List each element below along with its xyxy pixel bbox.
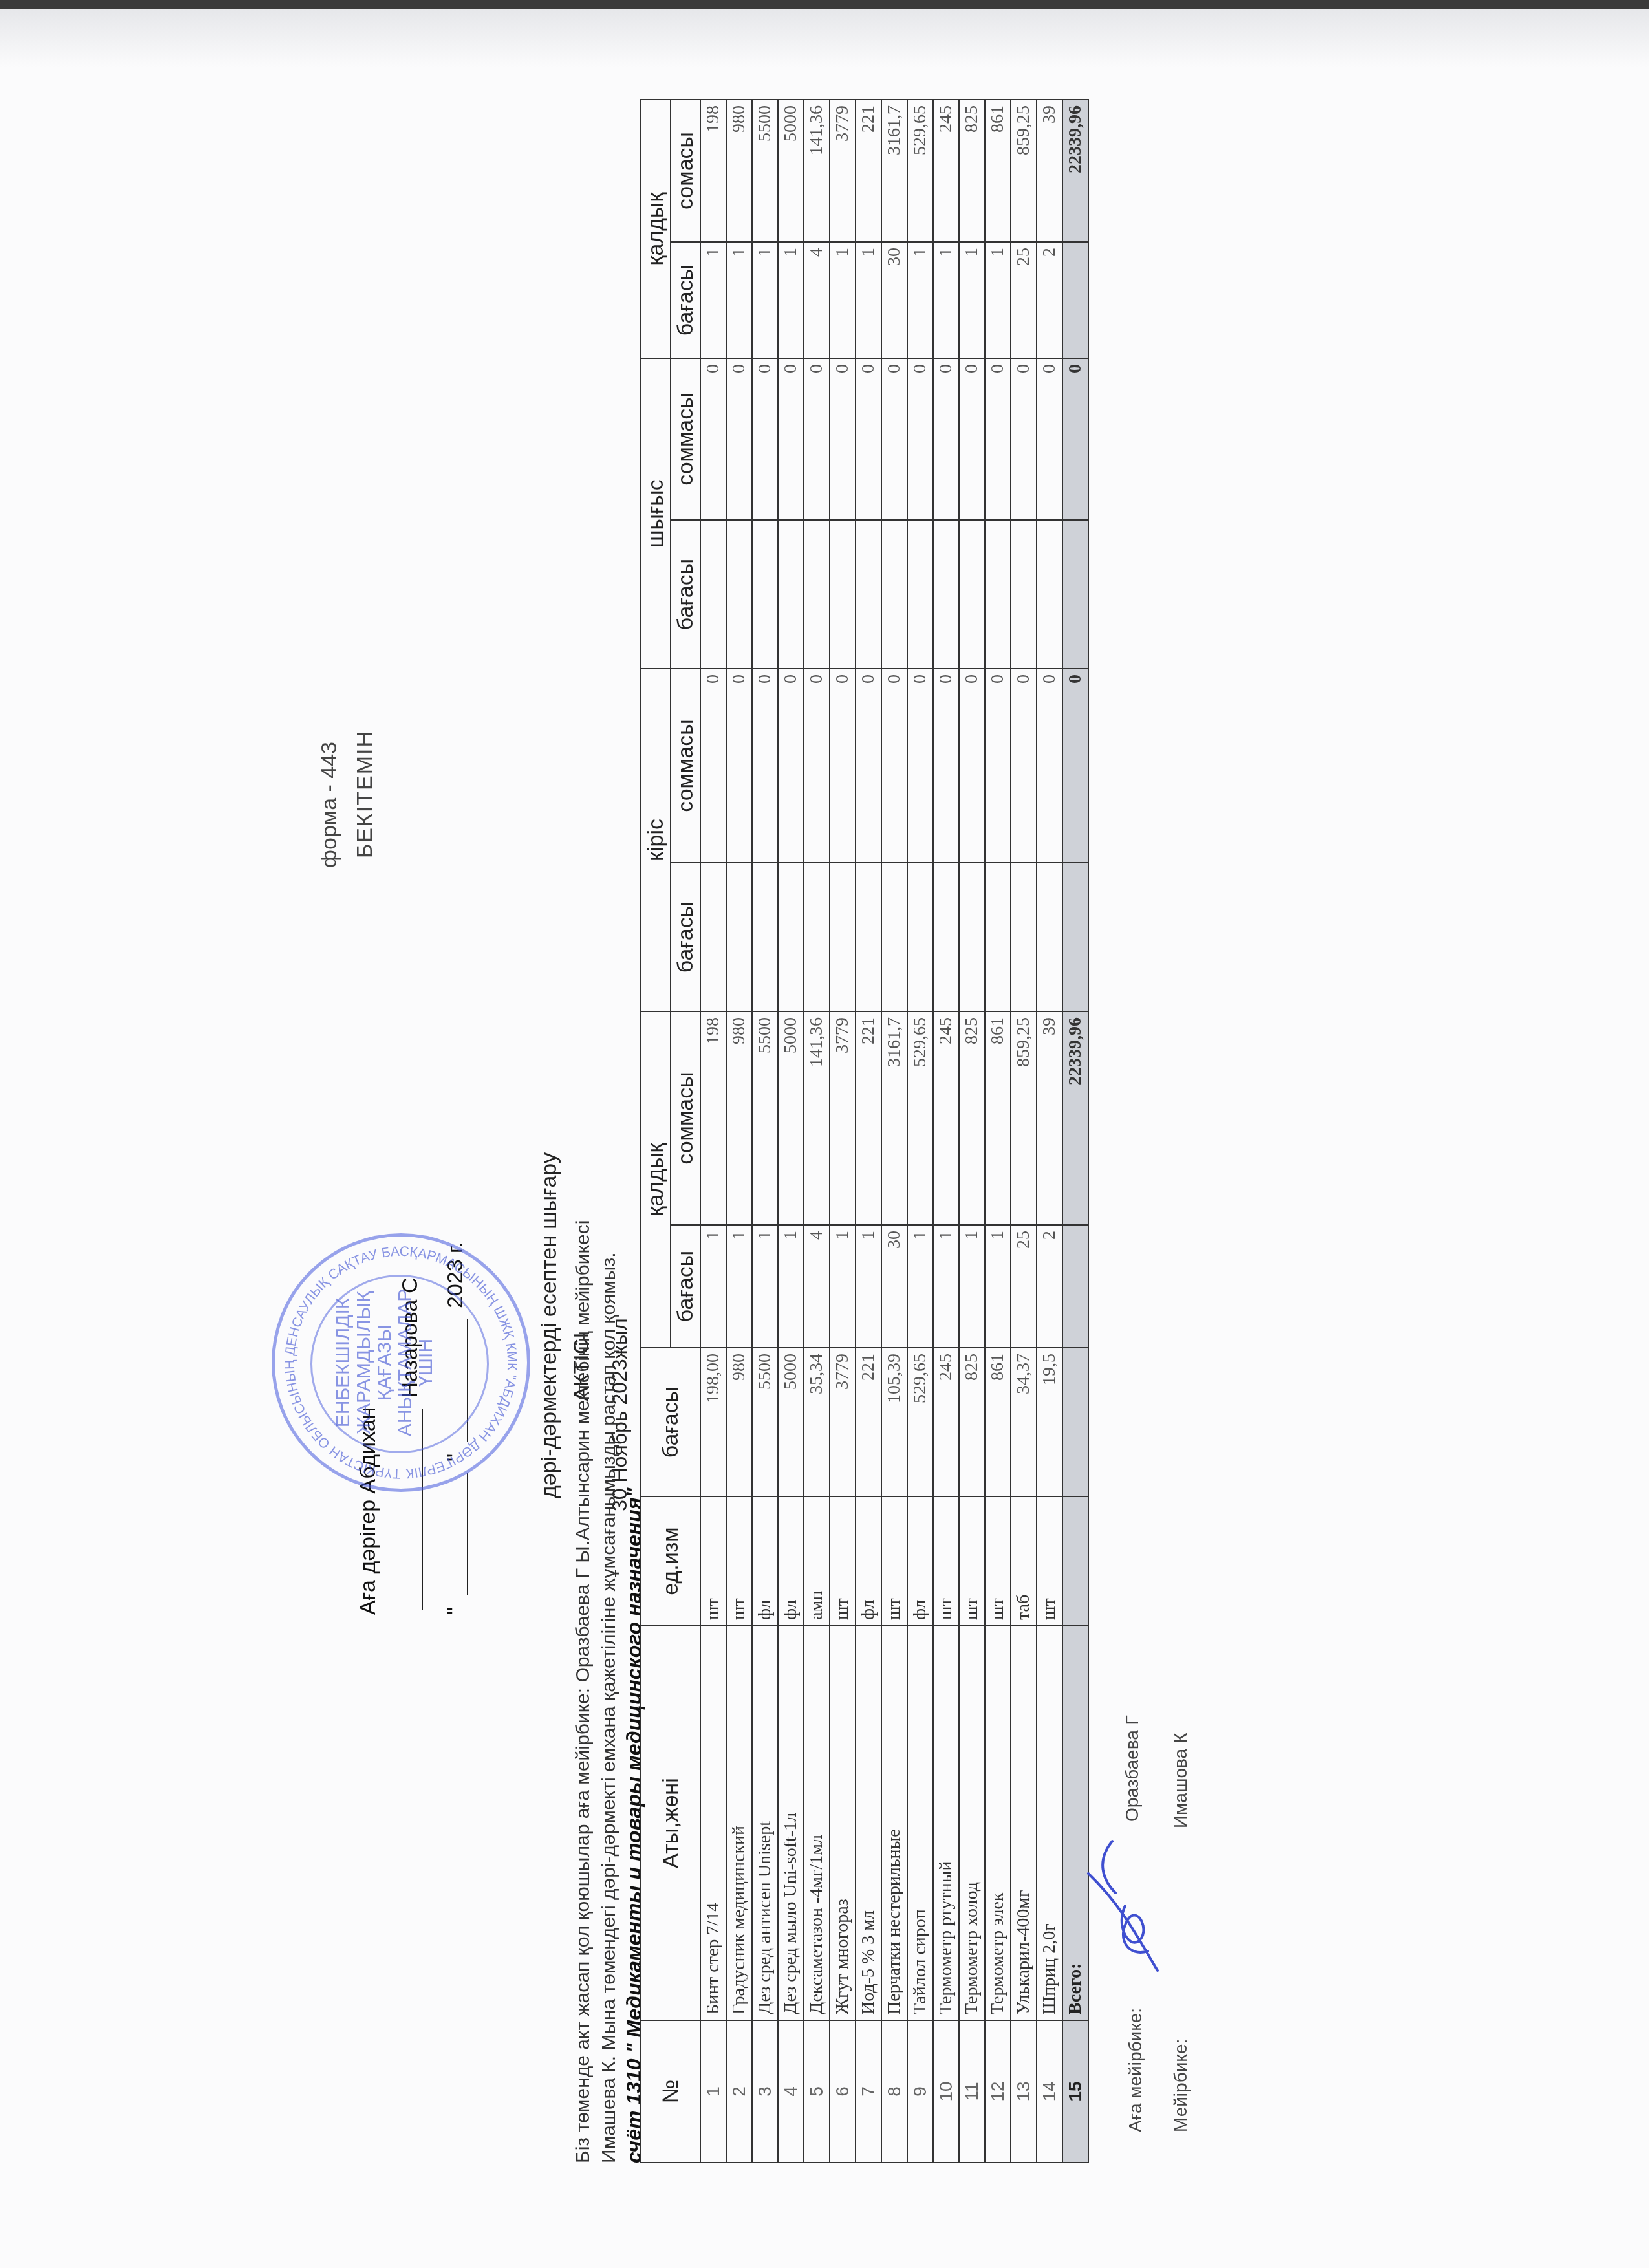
write-off-table: № Аты,жөні ед.изм бағасы қалдық кіріс шы… — [640, 99, 1089, 2163]
cell-in-qty — [778, 863, 804, 1011]
col-group-closing: қалдық — [641, 100, 671, 358]
col-income-qty: бағасы — [671, 863, 700, 1011]
total-open-sum: 22339,96 — [1062, 1011, 1088, 1225]
cell-close-qty: 1 — [726, 242, 752, 358]
cell-no: 1 — [700, 2020, 726, 2163]
total-empty-cell — [1062, 520, 1088, 669]
cell-unit: фл — [856, 1496, 881, 1626]
cell-out-qty — [856, 520, 881, 669]
table-row: 11Термометр холодшт8251825001825 — [959, 100, 985, 2163]
cell-close-qty: 1 — [752, 242, 778, 358]
approval-position-label: Аға дәрігер — [356, 1500, 380, 1615]
cell-unit: таб — [1011, 1496, 1037, 1626]
cell-out-qty — [726, 520, 752, 669]
cell-out-sum: 0 — [959, 358, 985, 520]
cell-open-qty: 1 — [830, 1225, 856, 1348]
cell-open-qty: 4 — [804, 1225, 830, 1348]
cell-in-sum: 0 — [726, 669, 752, 863]
col-closing-qty: бағасы — [671, 242, 700, 358]
cell-open-sum: 3779 — [830, 1011, 856, 1225]
cell-out-qty — [907, 520, 933, 669]
cell-open-qty: 1 — [778, 1225, 804, 1348]
cell-price: 34,37 — [1011, 1348, 1037, 1496]
stamp-center-line: ЖАРАМДЫЛЫҚ — [354, 1237, 374, 1489]
col-income-sum: соммасы — [671, 669, 700, 863]
cell-in-sum: 0 — [700, 669, 726, 863]
cell-in-qty — [830, 863, 856, 1011]
cell-out-sum: 0 — [1011, 358, 1037, 520]
cell-out-qty — [804, 520, 830, 669]
intro-line-1: Біз төменде акт жасап қол қоюшылар аға м… — [572, 1220, 594, 2163]
cell-open-qty: 2 — [1037, 1225, 1062, 1348]
cell-open-qty: 1 — [856, 1225, 881, 1348]
cell-open-sum: 141,36 — [804, 1011, 830, 1225]
cell-open-sum: 859,25 — [1011, 1011, 1037, 1225]
cell-in-sum: 0 — [985, 669, 1011, 863]
cell-name: Иод-5 % 3 мл — [856, 1626, 881, 2020]
cell-out-sum: 0 — [778, 358, 804, 520]
cell-out-qty — [1011, 520, 1037, 669]
cell-price: 5500 — [752, 1348, 778, 1496]
table-row: 10Термометр ртутныйшт2451245001245 — [933, 100, 959, 2163]
cell-open-sum: 39 — [1037, 1011, 1062, 1225]
cell-in-qty — [804, 863, 830, 1011]
cell-out-sum: 0 — [881, 358, 907, 520]
stamp-center-line: ҮШІН — [416, 1237, 436, 1489]
total-no: 15 — [1062, 2020, 1088, 2163]
cell-no: 4 — [778, 2020, 804, 2163]
col-group-opening: қалдық — [641, 1011, 671, 1348]
table-row: 3Дез сред антисеп Uniseptфл5500155000015… — [752, 100, 778, 2163]
cell-open-sum: 825 — [959, 1011, 985, 1225]
date-quote-open: " — [443, 1607, 468, 1615]
cell-in-qty — [881, 863, 907, 1011]
cell-in-qty — [726, 863, 752, 1011]
document-page: форма - 443 БЕКІТЕМІН Аға дәрігер Абдиха… — [0, 0, 1649, 2268]
cell-name: Дез сред мыло Uni-soft-1л — [778, 1626, 804, 2020]
cell-unit: шт — [726, 1496, 752, 1626]
cell-no: 12 — [985, 2020, 1011, 2163]
table-row: 4Дез сред мыло Uni-soft-1лфл500015000001… — [778, 100, 804, 2163]
col-group-income: кіріс — [641, 669, 671, 1011]
cell-price: 529,65 — [907, 1348, 933, 1496]
stamp-center-line: ЕНБЕКШІЛДІК — [333, 1237, 354, 1489]
cell-in-sum: 0 — [1011, 669, 1037, 863]
cell-no: 2 — [726, 2020, 752, 2163]
intro-line-2: Имашева К. Мына төмендегі дәрі-дәрмекті … — [598, 1252, 620, 2163]
stamp-center-text: ЕНБЕКШІЛДІКЖАРАМДЫЛЫҚҚАҒАЗЫАНЫҚТАМАЛАРҮШ… — [333, 1237, 436, 1489]
cell-out-qty — [1037, 520, 1062, 669]
cell-name: Термометр холод — [959, 1626, 985, 2020]
cell-close-sum: 198 — [700, 100, 726, 242]
cell-in-qty — [985, 863, 1011, 1011]
cell-out-qty — [933, 520, 959, 669]
senior-nurse-name: Оразбаева Г — [1122, 1715, 1143, 1822]
cell-price: 198,00 — [700, 1348, 726, 1496]
cell-unit: шт — [830, 1496, 856, 1626]
cell-name: Термометр ртутный — [933, 1626, 959, 2020]
cell-open-sum: 221 — [856, 1011, 881, 1225]
cell-close-sum: 39 — [1037, 100, 1062, 242]
cell-name: Улькарил-400мг — [1011, 1626, 1037, 2020]
cell-close-sum: 141,36 — [804, 100, 830, 242]
cell-in-qty — [1037, 863, 1062, 1011]
cell-in-qty — [700, 863, 726, 1011]
table-row: 5Дексаметазон -4мг/1мламп35,344141,36004… — [804, 100, 830, 2163]
cell-out-sum: 0 — [1037, 358, 1062, 520]
cell-open-qty: 1 — [907, 1225, 933, 1348]
cell-no: 10 — [933, 2020, 959, 2163]
cell-close-qty: 1 — [778, 242, 804, 358]
total-empty-cell — [1062, 1496, 1088, 1626]
cell-out-qty — [752, 520, 778, 669]
table-row: 9Тайлол сиропфл529,651529,65001529,65 — [907, 100, 933, 2163]
cell-close-sum: 221 — [856, 100, 881, 242]
cell-close-qty: 2 — [1037, 242, 1062, 358]
cell-name: Дез сред антисеп Unisept — [752, 1626, 778, 2020]
cell-in-qty — [856, 863, 881, 1011]
cell-open-qty: 1 — [752, 1225, 778, 1348]
cell-close-qty: 1 — [907, 242, 933, 358]
cell-in-qty — [933, 863, 959, 1011]
cell-no: 8 — [881, 2020, 907, 2163]
cell-close-sum: 859,25 — [1011, 100, 1037, 242]
cell-out-qty — [959, 520, 985, 669]
stamp-center-line: АНЫҚТАМАЛАР — [395, 1237, 416, 1489]
cell-close-sum: 3161,7 — [881, 100, 907, 242]
cell-price: 245 — [933, 1348, 959, 1496]
cell-in-sum: 0 — [804, 669, 830, 863]
cell-close-qty: 1 — [700, 242, 726, 358]
cell-unit: шт — [700, 1496, 726, 1626]
cell-no: 14 — [1037, 2020, 1062, 2163]
cell-out-qty — [830, 520, 856, 669]
cell-in-sum: 0 — [1037, 669, 1062, 863]
table-row: 13Улькарил-400мгтаб34,3725859,250025859,… — [1011, 100, 1037, 2163]
act-subtitle: дәрі-дәрмектерді есептен шығару — [537, 1152, 562, 1498]
cell-out-sum: 0 — [752, 358, 778, 520]
cell-price: 980 — [726, 1348, 752, 1496]
cell-out-sum: 0 — [856, 358, 881, 520]
approval-title: БЕКІТЕМІН — [352, 730, 378, 858]
nurse-name: Имашова К — [1170, 1733, 1191, 1828]
cell-unit: фл — [752, 1496, 778, 1626]
table-row: 8Перчатки нестерильныешт105,39303161,700… — [881, 100, 907, 2163]
cell-unit: амп — [804, 1496, 830, 1626]
cell-out-qty — [778, 520, 804, 669]
col-opening-sum: соммасы — [671, 1011, 700, 1225]
cell-out-sum: 0 — [830, 358, 856, 520]
cell-in-sum: 0 — [907, 669, 933, 863]
cell-close-qty: 1 — [856, 242, 881, 358]
cell-open-qty: 25 — [1011, 1225, 1037, 1348]
table-row: 1Бинт стер 7/14шт198,001198001198 — [700, 100, 726, 2163]
total-out-sum: 0 — [1062, 358, 1088, 520]
total-empty-cell — [1062, 863, 1088, 1011]
cell-close-qty: 4 — [804, 242, 830, 358]
cell-name: Термометр элек — [985, 1626, 1011, 2020]
total-close-sum: 22339,96 — [1062, 100, 1088, 242]
cell-unit: фл — [778, 1496, 804, 1626]
cell-unit: шт — [1037, 1496, 1062, 1626]
col-closing-sum: сомасы — [671, 100, 700, 242]
total-empty-cell — [1062, 1348, 1088, 1496]
form-number: форма - 443 — [317, 742, 342, 868]
cell-close-sum: 5500 — [752, 100, 778, 242]
cell-in-sum: 0 — [933, 669, 959, 863]
table-row: 14Шприц 2,0гшт19,523900239 — [1037, 100, 1062, 2163]
cell-unit: шт — [881, 1496, 907, 1626]
cell-no: 6 — [830, 2020, 856, 2163]
cell-out-sum: 0 — [933, 358, 959, 520]
cell-unit: фл — [907, 1496, 933, 1626]
signature-scribble-icon — [1077, 1828, 1161, 1977]
cell-name: Бинт стер 7/14 — [700, 1626, 726, 2020]
table-row: 6Жгут многоразшт3779137790013779 — [830, 100, 856, 2163]
cell-open-qty: 1 — [985, 1225, 1011, 1348]
cell-no: 3 — [752, 2020, 778, 2163]
cell-close-sum: 825 — [959, 100, 985, 242]
cell-open-qty: 1 — [933, 1225, 959, 1348]
cell-in-qty — [907, 863, 933, 1011]
cell-price: 5000 — [778, 1348, 804, 1496]
cell-out-qty — [700, 520, 726, 669]
cell-no: 9 — [907, 2020, 933, 2163]
cell-open-sum: 198 — [700, 1011, 726, 1225]
cell-close-sum: 980 — [726, 100, 752, 242]
cell-name: Дексаметазон -4мг/1мл — [804, 1626, 830, 2020]
cell-open-qty: 1 — [700, 1225, 726, 1348]
total-empty-cell — [1062, 242, 1088, 358]
nurse-label: Мейірбике: — [1170, 2039, 1191, 2132]
cell-open-sum: 980 — [726, 1011, 752, 1225]
cell-close-qty: 25 — [1011, 242, 1037, 358]
cell-open-qty: 1 — [726, 1225, 752, 1348]
col-unit: ед.изм — [641, 1496, 700, 1626]
cell-price: 825 — [959, 1348, 985, 1496]
cell-out-sum: 0 — [804, 358, 830, 520]
header-row-group: № Аты,жөні ед.изм бағасы қалдық кіріс шы… — [641, 100, 671, 2163]
cell-in-sum: 0 — [959, 669, 985, 863]
cell-out-sum: 0 — [985, 358, 1011, 520]
cell-open-sum: 5500 — [752, 1011, 778, 1225]
cell-in-qty — [1011, 863, 1037, 1011]
total-empty-cell — [1062, 1225, 1088, 1348]
cell-in-sum: 0 — [830, 669, 856, 863]
cell-name: Жгут многораз — [830, 1626, 856, 2020]
cell-open-sum: 3161,7 — [881, 1011, 907, 1225]
cell-in-sum: 0 — [752, 669, 778, 863]
col-outgo-qty: бағасы — [671, 520, 700, 669]
cell-close-qty: 1 — [830, 242, 856, 358]
cell-out-sum: 0 — [907, 358, 933, 520]
table-row: 12Термометр элекшт8611861001861 — [985, 100, 1011, 2163]
cell-price: 105,39 — [881, 1348, 907, 1496]
cell-close-sum: 3779 — [830, 100, 856, 242]
col-price: бағасы — [641, 1348, 700, 1496]
official-stamp: ТҮРКІСТАН ОБЛЫСЫНЫҢ ДЕНСАУЛЫҚ САҚТАУ БАС… — [272, 1233, 530, 1492]
cell-close-qty: 1 — [985, 242, 1011, 358]
cell-open-qty: 30 — [881, 1225, 907, 1348]
col-opening-qty: бағасы — [671, 1225, 700, 1348]
cell-close-qty: 1 — [959, 242, 985, 358]
day-blank — [447, 1473, 468, 1595]
cell-name: Шприц 2,0г — [1037, 1626, 1062, 2020]
cell-out-sum: 0 — [700, 358, 726, 520]
senior-nurse-label: Аға мейірбике: — [1125, 2008, 1146, 2132]
cell-close-sum: 529,65 — [907, 100, 933, 242]
cell-name: Перчатки нестерильные — [881, 1626, 907, 2020]
col-no: № — [641, 2020, 700, 2163]
cell-no: 7 — [856, 2020, 881, 2163]
cell-out-qty — [985, 520, 1011, 669]
cell-unit: шт — [959, 1496, 985, 1626]
col-outgo-sum: соммасы — [671, 358, 700, 520]
cell-open-qty: 1 — [959, 1225, 985, 1348]
table-row: 2Градусник медицинскийшт9801980001980 — [726, 100, 752, 2163]
cell-in-qty — [752, 863, 778, 1011]
cell-close-sum: 5000 — [778, 100, 804, 242]
cell-price: 19,5 — [1037, 1348, 1062, 1496]
col-name: Аты,жөні — [641, 1626, 700, 2020]
cell-close-qty: 30 — [881, 242, 907, 358]
cell-price: 3779 — [830, 1348, 856, 1496]
cell-unit: шт — [985, 1496, 1011, 1626]
cell-close-qty: 1 — [933, 242, 959, 358]
cell-price: 221 — [856, 1348, 881, 1496]
cell-name: Градусник медицинский — [726, 1626, 752, 2020]
cell-price: 35,34 — [804, 1348, 830, 1496]
cell-open-sum: 5000 — [778, 1011, 804, 1225]
table-body: 1Бинт стер 7/14шт198,0011980011982Градус… — [700, 100, 1088, 2163]
cell-close-sum: 245 — [933, 100, 959, 242]
cell-close-sum: 861 — [985, 100, 1011, 242]
table-row: 7Иод-5 % 3 млфл2211221001221 — [856, 100, 881, 2163]
cell-in-sum: 0 — [881, 669, 907, 863]
cell-no: 11 — [959, 2020, 985, 2163]
cell-name: Тайлол сироп — [907, 1626, 933, 2020]
cell-in-sum: 0 — [778, 669, 804, 863]
cell-unit: шт — [933, 1496, 959, 1626]
cell-price: 861 — [985, 1348, 1011, 1496]
stamp-center-line: ҚАҒАЗЫ — [374, 1237, 395, 1489]
cell-in-qty — [959, 863, 985, 1011]
cell-out-sum: 0 — [726, 358, 752, 520]
cell-no: 13 — [1011, 2020, 1037, 2163]
cell-out-qty — [881, 520, 907, 669]
cell-no: 5 — [804, 2020, 830, 2163]
cell-in-sum: 0 — [856, 669, 881, 863]
cell-open-sum: 861 — [985, 1011, 1011, 1225]
col-group-outgo: шығыс — [641, 358, 671, 669]
total-in-sum: 0 — [1062, 669, 1088, 863]
cell-open-sum: 529,65 — [907, 1011, 933, 1225]
cell-open-sum: 245 — [933, 1011, 959, 1225]
